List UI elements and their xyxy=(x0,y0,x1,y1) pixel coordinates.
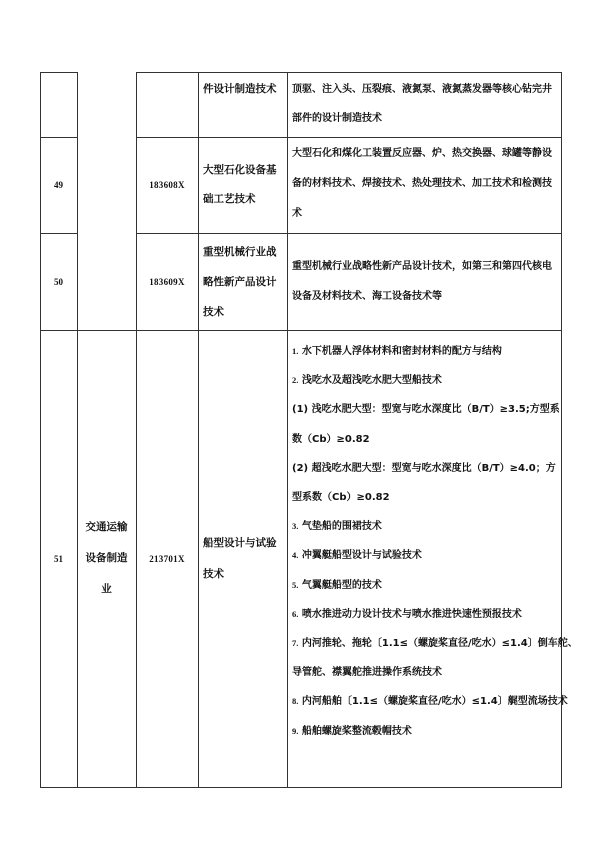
row-50-description: 重型机械行业战略性新产品设计技术，如第三和第四代核电 设备及材料技术、海工设备技… xyxy=(287,233,561,330)
description-item-1: 1. 水下机器人浮体材料和密封材料的配方与结构 xyxy=(292,337,557,366)
row-49-code: 183608X xyxy=(136,137,198,233)
tech-code: 183608X xyxy=(149,180,185,190)
row-50-tech-name: 重型机械行业战 略性新产品设计 技术 xyxy=(198,233,287,330)
row-48-tech-name: 件设计制造技术 xyxy=(198,72,287,137)
item-text: 气翼艇船型的技术 xyxy=(302,580,382,591)
item-text: (2) 超浅吃水肥大型：型宽与吃水深度比（B/T）≥4.0；方 xyxy=(292,463,556,474)
tech-code: 213701X xyxy=(149,554,185,564)
row-51-industry: 交通运输 设备制造 业 xyxy=(77,330,136,787)
description-line: 设备及材料技术、海工设备技术等 xyxy=(292,282,552,312)
description-line: 大型石化和煤化工装置反应器、炉、热交换器、球罐等静设 xyxy=(292,139,552,169)
item-text: 数（Cb）≥0.82 xyxy=(292,434,370,445)
item-text: 船舶螺旋桨整流毂帽技术 xyxy=(302,726,412,737)
description-item-8: 8. 内河船舶〔1.1≤（螺旋桨直径/吃水）≤1.4〕艉型流场技术 xyxy=(292,687,557,716)
item-number: 6. xyxy=(292,609,298,619)
tech-name-line: 大型石化设备基 xyxy=(203,156,277,185)
row-number: 51 xyxy=(54,554,63,564)
document-page: 件设计制造技术 顶驱、注入头、压裂痕、液氮泵、液氮蒸发器等核心钻完井 部件的设计… xyxy=(0,0,600,848)
tech-name-line: 础工艺技术 xyxy=(203,185,277,214)
item-text: 浅吃水及超浅吃水肥大型船技术 xyxy=(302,375,442,386)
tech-name-line: 技术 xyxy=(203,297,277,327)
description-line: 重型机械行业战略性新产品设计技术，如第三和第四代核电 xyxy=(292,252,552,282)
description-subitem-1-cont: 数（Cb）≥0.82 xyxy=(292,425,557,454)
description-item-7-cont: 导管舵、襟翼舵推进操作系统技术 xyxy=(292,658,557,687)
item-text: 喷水推进动力设计技术与喷水推进快速性预报技术 xyxy=(302,609,522,620)
item-number: 7. xyxy=(292,638,298,648)
tech-name-line: 略性新产品设计 xyxy=(203,267,277,297)
item-number: 9. xyxy=(292,726,298,736)
table-border-top-col1 xyxy=(40,72,78,73)
description-line: 备的材料技术、焊接技术、热处理技术、加工技术和检测技 xyxy=(292,169,552,199)
item-text: 型系数（Cb）≥0.82 xyxy=(292,492,390,503)
description-item-5: 5. 气翼艇船型的技术 xyxy=(292,571,557,600)
description-item-9: 9. 船舶螺旋桨整流毂帽技术 xyxy=(292,717,557,746)
row-51-description: 1. 水下机器人浮体材料和密封材料的配方与结构 2. 浅吃水及超浅吃水肥大型船技… xyxy=(287,330,561,787)
item-number: 5. xyxy=(292,580,298,590)
item-text: (1) 浅吃水肥大型：型宽与吃水深度比（B/T）≥3.5;方型系 xyxy=(292,404,560,415)
item-number: 3. xyxy=(292,521,298,531)
item-text: 气垫船的围裙技术 xyxy=(302,521,382,532)
description-line: 顶驱、注入头、压裂痕、液氮泵、液氮蒸发器等核心钻完井 xyxy=(292,75,552,104)
description-subitem-2: (2) 超浅吃水肥大型：型宽与吃水深度比（B/T）≥4.0；方 xyxy=(292,454,557,483)
description-subitem-1: (1) 浅吃水肥大型：型宽与吃水深度比（B/T）≥3.5;方型系 xyxy=(292,395,557,424)
industry-line: 设备制造 xyxy=(86,543,128,574)
description-item-4: 4. 冲翼艇船型设计与试验技术 xyxy=(292,541,557,570)
tech-code: 183609X xyxy=(149,277,185,287)
row-number: 49 xyxy=(54,180,63,190)
industry-line: 业 xyxy=(86,574,128,605)
tech-name-line: 技术 xyxy=(203,559,277,590)
description-item-7: 7. 内河推轮、拖轮〔1.1≤（螺旋桨直径/吃水）≤1.4〕倒车舵、 xyxy=(292,629,557,658)
row-51-tech-name: 船型设计与试验 技术 xyxy=(198,330,287,787)
description-item-3: 3. 气垫船的围裙技术 xyxy=(292,512,557,541)
row-50-code: 183609X xyxy=(136,233,198,330)
tech-name-line: 件设计制造技术 xyxy=(203,75,277,104)
description-line: 部件的设计制造技术 xyxy=(292,104,552,133)
description-line: 术 xyxy=(292,199,552,229)
item-number: 4. xyxy=(292,550,298,560)
row-number: 50 xyxy=(54,277,63,287)
item-number: 1. xyxy=(292,346,298,356)
item-text: 内河推轮、拖轮〔1.1≤（螺旋桨直径/吃水）≤1.4〕倒车舵、 xyxy=(302,638,578,649)
item-number: 8. xyxy=(292,696,298,706)
description-item-6: 6. 喷水推进动力设计技术与喷水推进快速性预报技术 xyxy=(292,600,557,629)
item-text: 导管舵、襟翼舵推进操作系统技术 xyxy=(292,667,442,678)
item-number: 2. xyxy=(292,375,298,385)
row-49-description: 大型石化和煤化工装置反应器、炉、热交换器、球罐等静设 备的材料技术、焊接技术、热… xyxy=(287,137,561,233)
row-49-number: 49 xyxy=(40,137,77,233)
tech-name-line: 重型机械行业战 xyxy=(203,237,277,267)
table-border-right xyxy=(561,72,562,788)
row-51-code: 213701X xyxy=(136,330,198,787)
row-49-tech-name: 大型石化设备基 础工艺技术 xyxy=(198,137,287,233)
item-text: 内河船舶〔1.1≤（螺旋桨直径/吃水）≤1.4〕艉型流场技术 xyxy=(302,696,568,707)
row-48-description: 顶驱、注入头、压裂痕、液氮泵、液氮蒸发器等核心钻完井 部件的设计制造技术 xyxy=(287,72,561,137)
description-item-2: 2. 浅吃水及超浅吃水肥大型船技术 xyxy=(292,366,557,395)
industry-line: 交通运输 xyxy=(86,512,128,543)
row-51-number: 51 xyxy=(40,330,77,787)
description-subitem-2-cont: 型系数（Cb）≥0.82 xyxy=(292,483,557,512)
tech-name-line: 船型设计与试验 xyxy=(203,528,277,559)
item-text: 水下机器人浮体材料和密封材料的配方与结构 xyxy=(302,346,502,357)
row-50-number: 50 xyxy=(40,233,77,330)
item-text: 冲翼艇船型设计与试验技术 xyxy=(302,550,422,561)
table-border-bottom xyxy=(40,787,562,788)
